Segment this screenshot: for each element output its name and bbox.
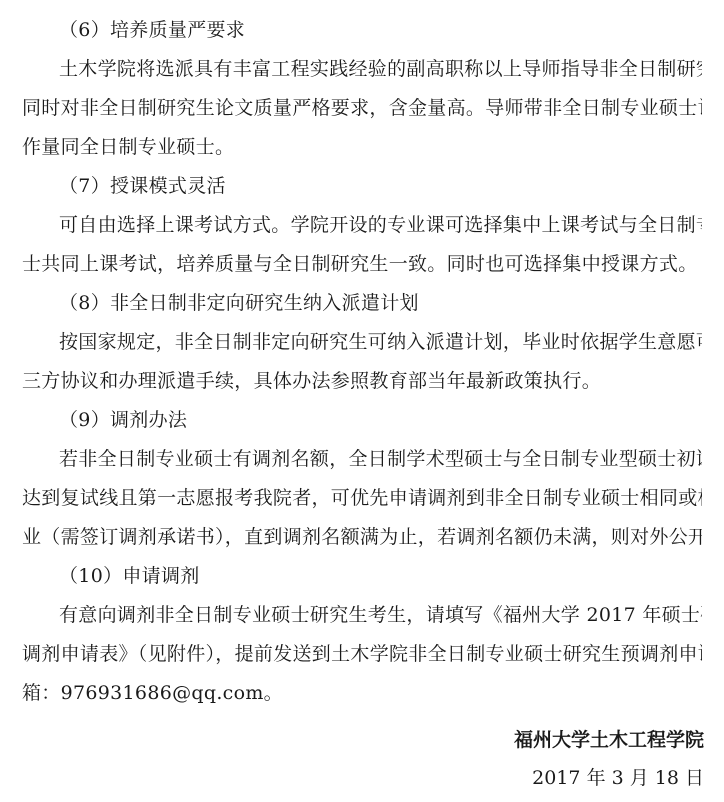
- paragraph-line: 三方协议和办理派遣手续，具体办法参照教育部当年最新政策执行。: [22, 362, 702, 401]
- section-heading: （6）培养质量严要求: [22, 11, 702, 50]
- section-heading: （9）调剂办法: [22, 401, 702, 440]
- paragraph-line: 达到复试线且第一志愿报考我院者，可优先申请调剂到非全日制专业硕士相同或相近专: [22, 479, 702, 518]
- paragraph-line: 调剂申请表》（见附件），提前发送到土木学院非全日制专业硕士研究生预调剂申请邮: [22, 635, 702, 674]
- section-heading: （7）授课模式灵活: [22, 167, 702, 206]
- section-heading: （10）申请调剂: [22, 557, 702, 596]
- paragraph-line: 同时对非全日制研究生论文质量严格要求，含金量高。导师带非全日制专业硕士计算工: [22, 89, 702, 128]
- document-body: （6）培养质量严要求 土木学院将选派具有丰富工程实践经验的副高职称以上导师指导非…: [22, 11, 702, 713]
- signature-date: 2017 年 3 月 18 日: [532, 763, 704, 790]
- paragraph-line: 作量同全日制专业硕士。: [22, 128, 702, 167]
- email-line: 箱：976931686@qq.com。: [22, 674, 702, 713]
- signature-organization: 福州大学土木工程学院: [514, 725, 704, 752]
- paragraph-line: 按国家规定，非全日制非定向研究生可纳入派遣计划，毕业时依据学生意愿可发放: [22, 323, 702, 362]
- paragraph-line: 可自由选择上课考试方式。学院开设的专业课可选择集中上课考试与全日制专业硕: [22, 206, 702, 245]
- paragraph-line: 士共同上课考试，培养质量与全日制研究生一致。同时也可选择集中授课方式。: [22, 245, 702, 284]
- paragraph-line: 有意向调剂非全日制专业硕士研究生考生，请填写《福州大学 2017 年硕士研究生: [22, 596, 702, 635]
- paragraph-line: 土木学院将选派具有丰富工程实践经验的副高职称以上导师指导非全日制研究生。: [22, 50, 702, 89]
- paragraph-line: 业（需签订调剂承诺书），直到调剂名额满为止，若调剂名额仍未满，则对外公开调剂。: [22, 518, 702, 557]
- section-heading: （8）非全日制非定向研究生纳入派遣计划: [22, 284, 702, 323]
- paragraph-line: 若非全日制专业硕士有调剂名额，全日制学术型硕士与全日制专业型硕士初试成绩: [22, 440, 702, 479]
